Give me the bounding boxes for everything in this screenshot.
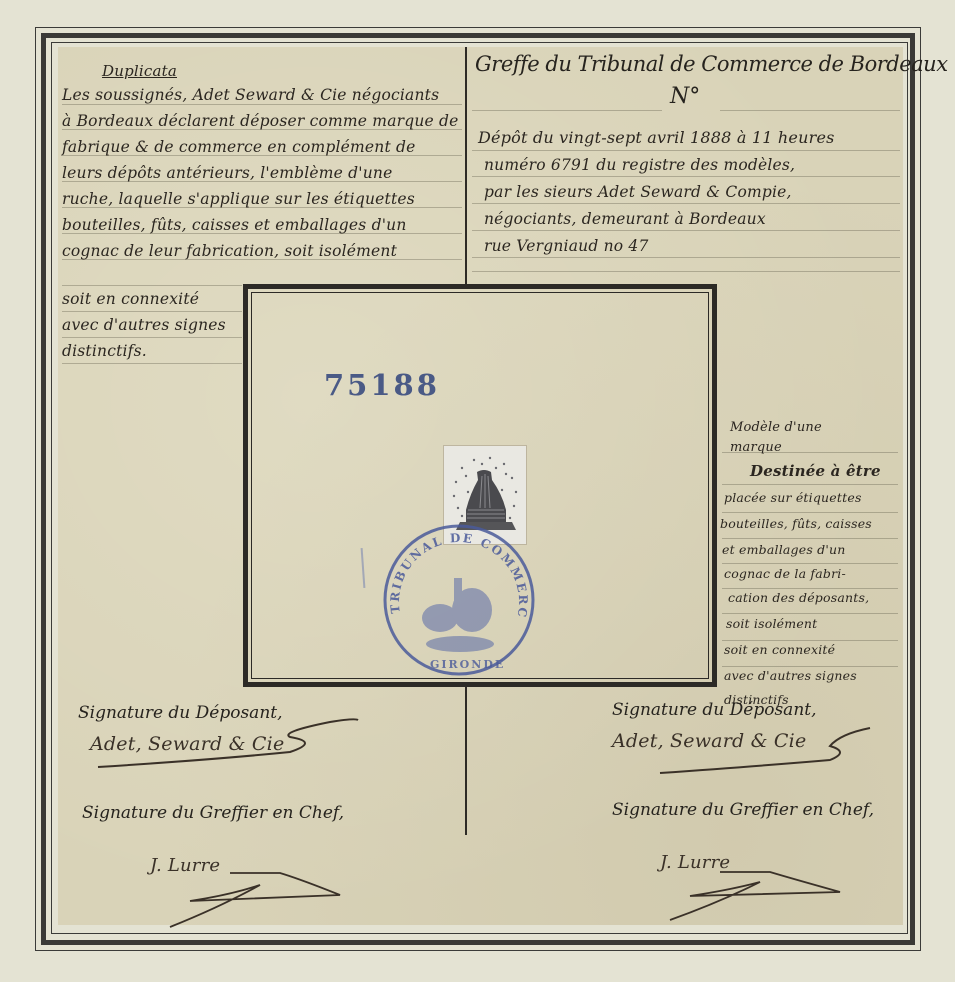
tribunal-seal-stamp: TRIBUNAL DE COMMERCE DE BORDEAUX GIRONDE bbox=[380, 518, 538, 678]
side-note-line: marque bbox=[730, 440, 782, 455]
left-text-line: à Bordeaux déclarent déposer comme marqu… bbox=[62, 112, 459, 130]
registry-title: Greffe du Tribunal de Commerce de Bordea… bbox=[475, 52, 948, 76]
depositor-signature-flourish bbox=[90, 712, 370, 772]
right-text-line: négociants, demeurant à Bordeaux bbox=[484, 210, 766, 228]
side-note-line: Modèle d'une bbox=[730, 420, 822, 435]
duplicata-heading: Duplicata bbox=[102, 62, 177, 80]
side-note-line: soit en connexité bbox=[724, 642, 835, 657]
column-divider-bottom bbox=[465, 687, 467, 835]
left-text-line: cognac de leur fabrication, soit isoléme… bbox=[62, 242, 397, 260]
left-text-line: bouteilles, fûts, caisses et emballages … bbox=[62, 216, 407, 234]
left-text-line: avec d'autres signes bbox=[62, 316, 226, 334]
right-text-line: Dépôt du vingt-sept avril 1888 à 11 heur… bbox=[478, 128, 835, 147]
side-note-line: avec d'autres signes bbox=[724, 668, 857, 683]
side-note-line: bouteilles, fûts, caisses bbox=[720, 516, 872, 531]
left-text-line: ruche, laquelle s'applique sur les étiqu… bbox=[62, 190, 415, 208]
clerk-signature-label: Signature du Greffier en Chef, bbox=[82, 803, 344, 823]
side-note-line: cation des déposants, bbox=[728, 590, 869, 605]
side-note-line: Destinée à être bbox=[750, 462, 881, 480]
left-text-line: Les soussignés, Adet Seward & Cie négoci… bbox=[62, 86, 439, 104]
stamp-number: 75188 bbox=[324, 368, 440, 402]
left-text-line: leurs dépôts antérieurs, l'emblème d'une bbox=[62, 164, 393, 182]
side-note-line: et emballages d'un bbox=[722, 542, 845, 557]
svg-text:GIRONDE: GIRONDE bbox=[430, 658, 505, 671]
number-label: N° bbox=[670, 84, 700, 109]
right-text-line: par les sieurs Adet Seward & Compie, bbox=[484, 183, 792, 201]
left-text-line: soit en connexité bbox=[62, 290, 199, 308]
left-text-line: distinctifs. bbox=[62, 342, 147, 360]
clerk-signature-flourish bbox=[660, 852, 860, 922]
left-text-line: fabrique & de commerce en complément de bbox=[62, 138, 416, 156]
right-text-line: rue Vergniaud no 47 bbox=[484, 237, 649, 255]
side-note-line: cognac de la fabri- bbox=[724, 566, 846, 581]
clerk-signature-label: Signature du Greffier en Chef, bbox=[612, 800, 874, 820]
side-note-line: placée sur étiquettes bbox=[724, 490, 862, 505]
column-divider-top bbox=[465, 47, 467, 285]
right-text-line: numéro 6791 du registre des modèles, bbox=[484, 156, 795, 174]
depositor-signature-flourish bbox=[600, 716, 880, 776]
side-note-line: soit isolément bbox=[726, 616, 817, 631]
clerk-signature-flourish bbox=[150, 855, 350, 925]
